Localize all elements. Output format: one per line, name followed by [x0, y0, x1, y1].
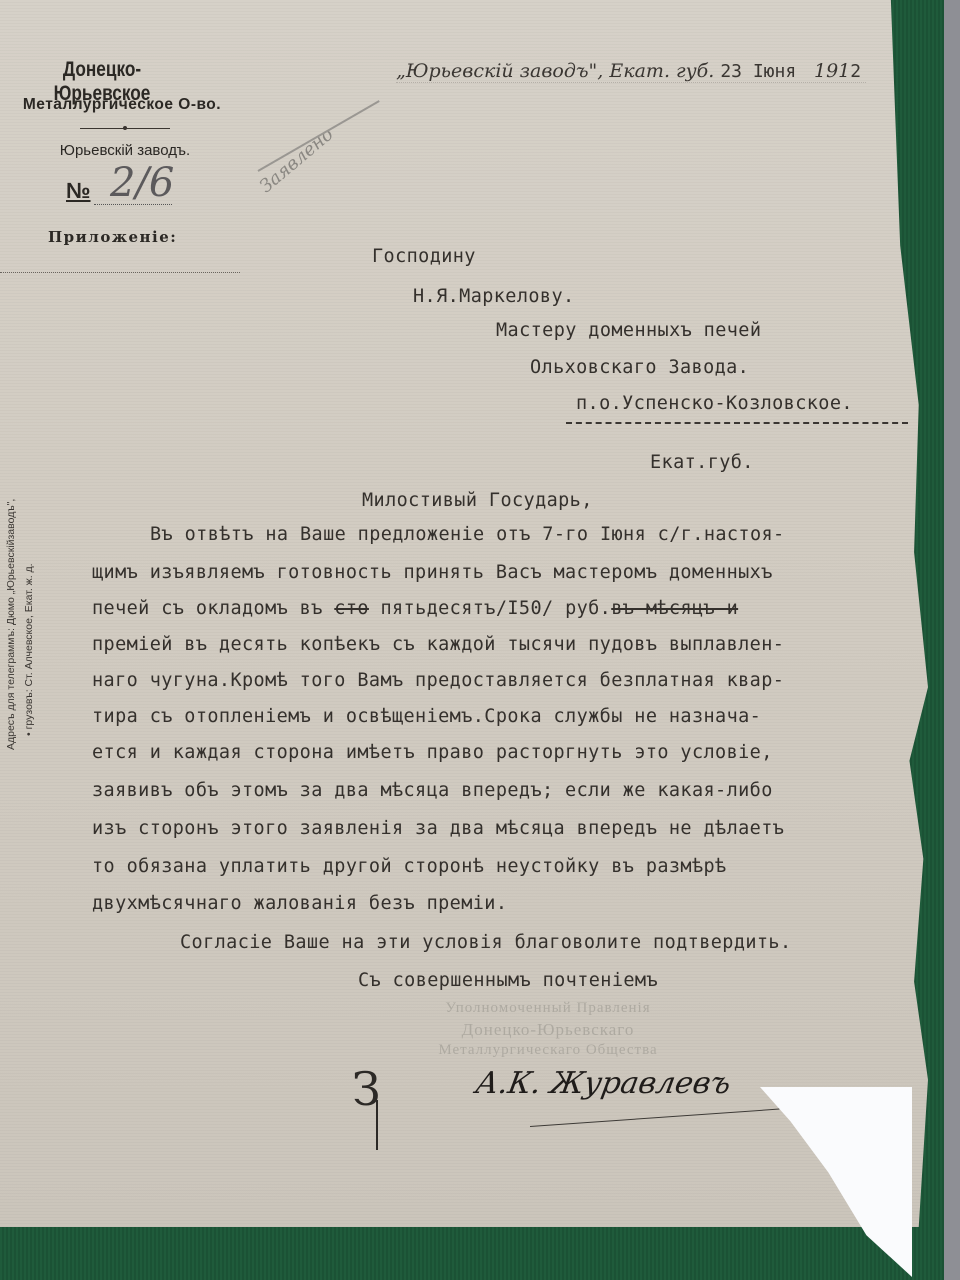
- body-line: наго чугуна.Кромѣ того Вамъ предоставляе…: [92, 670, 784, 691]
- side-margin-address: Адресъ для телеграммъ: Дюмо „Юрьевскійза…: [2, 499, 38, 750]
- works-name: Юрьевскій заводъ.: [30, 142, 220, 159]
- dateline: „Юрьевскій заводъ", Екат. губ. 23 Іюня 1…: [396, 60, 796, 82]
- body-line: ется и каждая сторона имѣетъ право расто…: [92, 742, 773, 763]
- body-line: преміей въ десять копѣекъ съ каждой тыся…: [92, 634, 784, 655]
- stamp-line3: Металлургическаго Общества: [388, 1042, 708, 1059]
- body-line: то обязана уплатить другой сторонѣ неуст…: [92, 856, 727, 877]
- year-typed: 2: [850, 61, 861, 82]
- body-line-part: пятьдесятъ/I50/ руб.: [369, 598, 611, 619]
- dateline-dots: [396, 82, 866, 83]
- signature: А.К. Журавлевъ: [473, 1066, 734, 1101]
- handwritten-mark-stroke: [376, 1100, 378, 1150]
- body-line: печей съ окладомъ въ сто пятьдесятъ/I50/…: [92, 598, 738, 619]
- body-line: двухмѣсячнаго жалованія безъ преміи.: [92, 893, 507, 914]
- address-name: Н.Я.Маркелову.: [413, 286, 575, 307]
- body-line: Въ отвѣтъ на Ваше предложеніе отъ 7-го І…: [150, 524, 785, 545]
- annex-label: Приложеніе:: [48, 228, 177, 246]
- body-line: щимъ изъявляемъ готовность принять Васъ …: [92, 562, 773, 583]
- stamp-line2: Донецко-Юрьевскаго: [388, 1020, 708, 1040]
- year-printed: 191: [814, 60, 850, 82]
- dateline-place: „Юрьевскій заводъ", Екат. губ.: [396, 60, 714, 82]
- handwritten-number: 2/6: [110, 160, 174, 206]
- stamp-line1: Уполномоченный Правленія: [388, 1000, 708, 1017]
- greeting: Милостивый Государь,: [362, 490, 593, 511]
- dateline-year: 1912: [814, 60, 861, 82]
- side-margin-line2: • грузовъ: Ст. Алчевское, Екат. ж. д.: [20, 499, 38, 750]
- address-post-office: п.о.Успенско-Козловское.: [576, 393, 853, 414]
- body-line: тира съ отопленіемъ и освѣщеніемъ.Срока …: [92, 706, 761, 727]
- body-line: заявивъ объ этомъ за два мѣсяца впередъ;…: [92, 780, 773, 801]
- address-position: Мастеру доменныхъ печей: [496, 320, 761, 341]
- address-salutation: Господину: [372, 246, 476, 267]
- closing: Съ совершеннымъ почтеніемъ: [358, 970, 658, 991]
- number-label: №: [66, 178, 91, 204]
- body-line: изъ сторонъ этого заявленія за два мѣсяц…: [92, 818, 784, 839]
- display-frame-edge: [944, 0, 960, 1280]
- struck-word: сто: [334, 598, 369, 619]
- struck-word: въ мѣсяцъ и: [611, 598, 738, 619]
- address-dashed-rule: [566, 422, 908, 424]
- address-works: Ольховскаго Завода.: [530, 357, 749, 378]
- closing-request: Согласіе Ваше на эти условія благоволите…: [180, 932, 792, 953]
- side-margin-line1: Адресъ для телеграммъ: Дюмо „Юрьевскійза…: [2, 499, 20, 750]
- ornament-divider: [80, 124, 170, 132]
- body-line-part: печей съ окладомъ въ: [92, 598, 334, 619]
- dateline-day-month: 23 Іюня: [720, 61, 796, 82]
- address-province: Екат.губ.: [650, 452, 754, 473]
- dotted-rule: [0, 272, 240, 273]
- company-type: Металлургическое О-во.: [2, 96, 242, 114]
